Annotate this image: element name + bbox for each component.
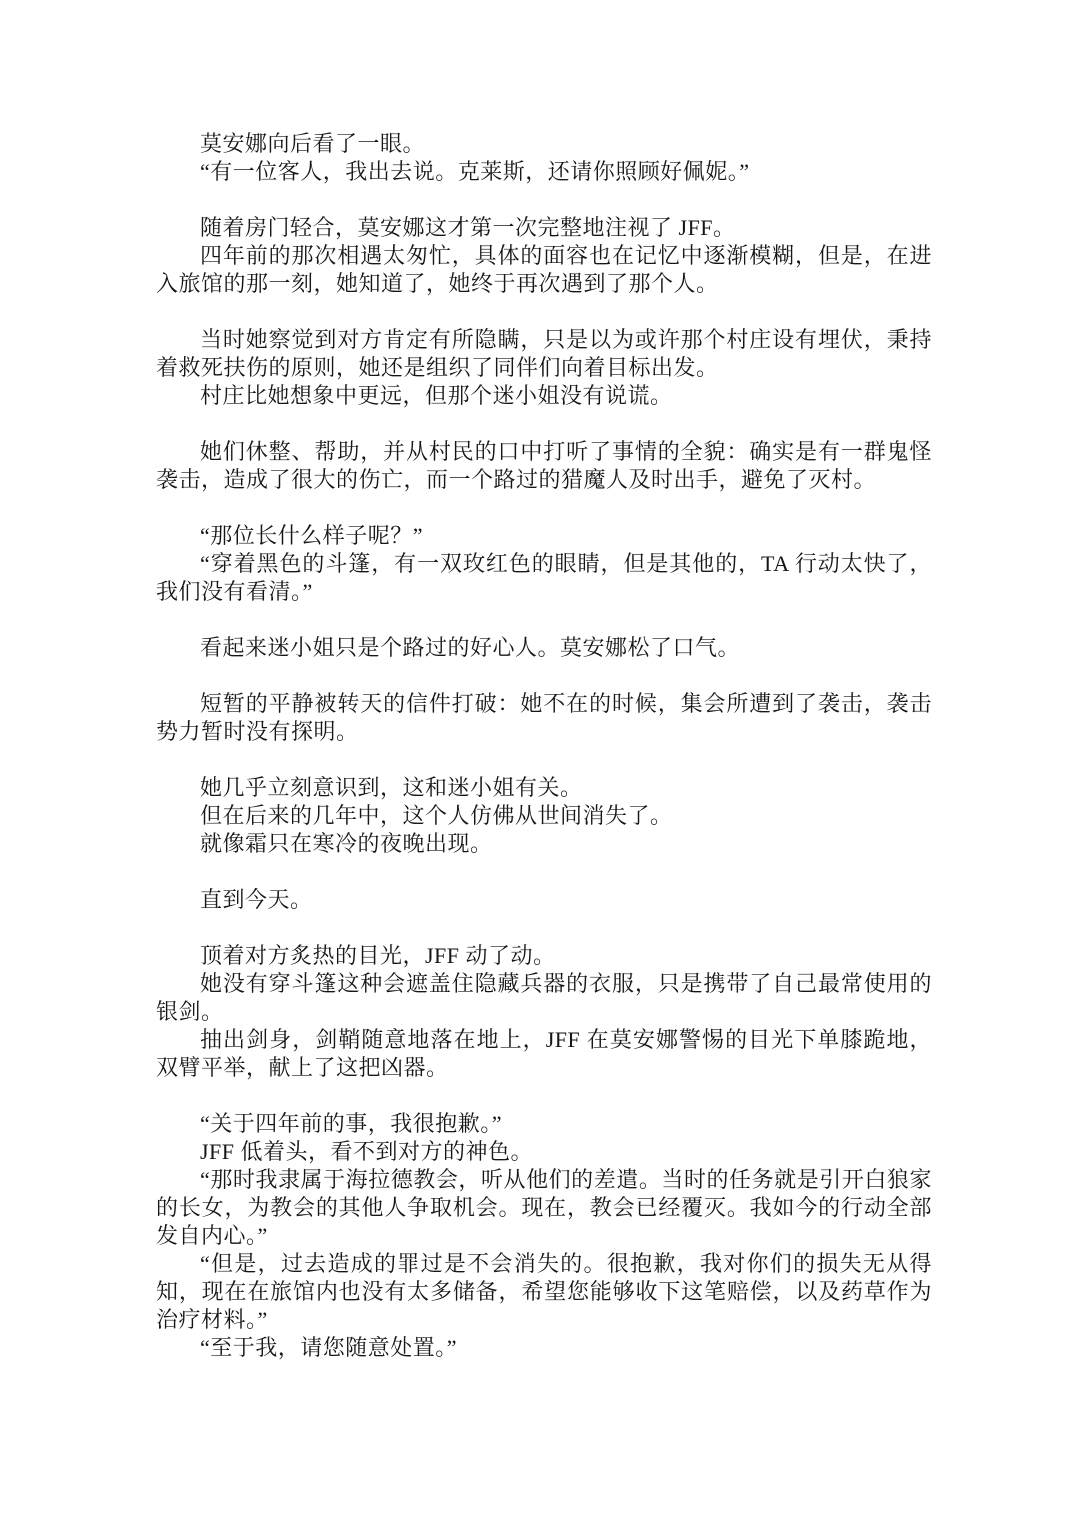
paragraph: “但是，过去造成的罪过是不会消失的。很抱歉，我对你们的损失无从得知，现在在旅馆内… [156, 1250, 932, 1334]
text-section: “关于四年前的事，我很抱歉。” JFF 低着头，看不到对方的神色。 “那时我隶属… [156, 1110, 932, 1362]
paragraph: 抽出剑身，剑鞘随意地落在地上，JFF 在莫安娜警惕的目光下单膝跪地，双臂平举，献… [156, 1026, 932, 1082]
paragraph: 村庄比她想象中更远，但那个迷小姐没有说谎。 [156, 382, 932, 410]
text-section: 随着房门轻合，莫安娜这才第一次完整地注视了 JFF。 四年前的那次相遇太匆忙，具… [156, 214, 932, 298]
paragraph: “有一位客人，我出去说。克莱斯，还请你照顾好佩妮。” [156, 158, 932, 186]
paragraph: JFF 低着头，看不到对方的神色。 [156, 1138, 932, 1166]
paragraph: 随着房门轻合，莫安娜这才第一次完整地注视了 JFF。 [156, 214, 932, 242]
paragraph: “穿着黑色的斗篷，有一双玫红色的眼睛，但是其他的，TA 行动太快了，我们没有看清… [156, 550, 932, 606]
text-body: 莫安娜向后看了一眼。 “有一位客人，我出去说。克莱斯，还请你照顾好佩妮。” 随着… [156, 130, 932, 1362]
paragraph: “那位长什么样子呢？” [156, 522, 932, 550]
paragraph: 她们休整、帮助，并从村民的口中打听了事情的全貌：确实是有一群鬼怪袭击，造成了很大… [156, 438, 932, 494]
paragraph: 直到今天。 [156, 886, 932, 914]
paragraph: 看起来迷小姐只是个路过的好心人。莫安娜松了口气。 [156, 634, 932, 662]
text-section: 当时她察觉到对方肯定有所隐瞒，只是以为或许那个村庄设有埋伏，秉持着救死扶伤的原则… [156, 326, 932, 410]
paragraph: “至于我，请您随意处置。” [156, 1334, 932, 1362]
paragraph: 四年前的那次相遇太匆忙，具体的面容也在记忆中逐渐模糊，但是，在进入旅馆的那一刻，… [156, 242, 932, 298]
paragraph: 当时她察觉到对方肯定有所隐瞒，只是以为或许那个村庄设有埋伏，秉持着救死扶伤的原则… [156, 326, 932, 382]
paragraph: “那时我隶属于海拉德教会，听从他们的差遣。当时的任务就是引开白狼家的长女，为教会… [156, 1166, 932, 1250]
paragraph: 但在后来的几年中，这个人仿佛从世间消失了。 [156, 802, 932, 830]
text-section: 她们休整、帮助，并从村民的口中打听了事情的全貌：确实是有一群鬼怪袭击，造成了很大… [156, 438, 932, 494]
paragraph: 短暂的平静被转天的信件打破：她不在的时候，集会所遭到了袭击，袭击势力暂时没有探明… [156, 690, 932, 746]
paragraph: 就像霜只在寒冷的夜晚出现。 [156, 830, 932, 858]
paragraph: 她几乎立刻意识到，这和迷小姐有关。 [156, 774, 932, 802]
text-section: 直到今天。 [156, 886, 932, 914]
paragraph: 顶着对方炙热的目光，JFF 动了动。 [156, 942, 932, 970]
text-section: 莫安娜向后看了一眼。 “有一位客人，我出去说。克莱斯，还请你照顾好佩妮。” [156, 130, 932, 186]
paragraph: 她没有穿斗篷这种会遮盖住隐藏兵器的衣服，只是携带了自己最常使用的银剑。 [156, 970, 932, 1026]
text-section: 短暂的平静被转天的信件打破：她不在的时候，集会所遭到了袭击，袭击势力暂时没有探明… [156, 690, 932, 746]
text-section: “那位长什么样子呢？” “穿着黑色的斗篷，有一双玫红色的眼睛，但是其他的，TA … [156, 522, 932, 606]
paragraph: 莫安娜向后看了一眼。 [156, 130, 932, 158]
text-section: 顶着对方炙热的目光，JFF 动了动。 她没有穿斗篷这种会遮盖住隐藏兵器的衣服，只… [156, 942, 932, 1082]
paragraph: “关于四年前的事，我很抱歉。” [156, 1110, 932, 1138]
text-section: 她几乎立刻意识到，这和迷小姐有关。 但在后来的几年中，这个人仿佛从世间消失了。 … [156, 774, 932, 858]
text-section: 看起来迷小姐只是个路过的好心人。莫安娜松了口气。 [156, 634, 932, 662]
